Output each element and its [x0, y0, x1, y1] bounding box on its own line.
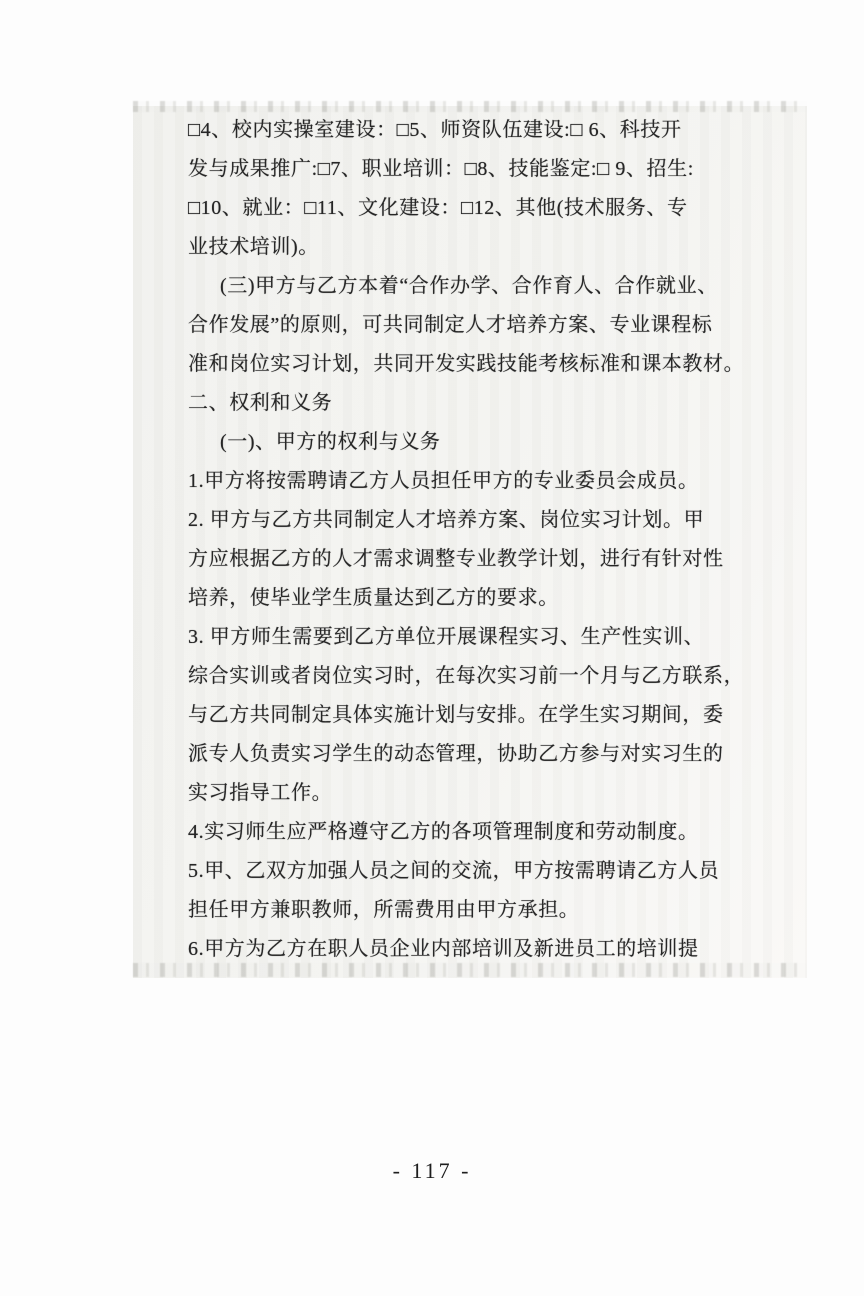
- text-line: 4.实习师生应严格遵守乙方的各项管理制度和劳动制度。: [188, 813, 768, 852]
- text-line: (三)甲方与乙方本着“合作办学、合作育人、合作就业、: [188, 267, 768, 306]
- contract-text-block: □4、校内实操室建设：□5、师资队伍建设:□ 6、科技开 发与成果推广:□7、职…: [188, 111, 768, 969]
- text-line: 方应根据乙方的人才需求调整专业教学计划，进行有针对性: [188, 540, 768, 579]
- text-line: 2. 甲方与乙方共同制定人才培养方案、岗位实习计划。甲: [188, 501, 768, 540]
- text-line: □10、就业：□11、文化建设：□12、其他(技术服务、专: [188, 189, 768, 228]
- text-line: 5.甲、乙双方加强人员之间的交流，甲方按需聘请乙方人员: [188, 852, 768, 891]
- text-line: 合作发展”的原则，可共同制定人才培养方案、专业课程标: [188, 306, 768, 345]
- text-line: 担任甲方兼职教师，所需费用由甲方承担。: [188, 891, 768, 930]
- text-line: 业技术培训)。: [188, 228, 768, 267]
- text-line: 6.甲方为乙方在职人员企业内部培训及新进员工的培训提: [188, 930, 768, 969]
- text-line: 1.甲方将按需聘请乙方人员担任甲方的专业委员会成员。: [188, 462, 768, 501]
- text-line: □4、校内实操室建设：□5、师资队伍建设:□ 6、科技开: [188, 111, 768, 150]
- text-line: 综合实训或者岗位实习时，在每次实习前一个月与乙方联系，: [188, 657, 768, 696]
- text-line: 派专人负责实习学生的动态管理，协助乙方参与对实习生的: [188, 735, 768, 774]
- text-line: 3. 甲方师生需要到乙方单位开展课程实习、生产性实训、: [188, 618, 768, 657]
- subsection-heading-line: (一)、甲方的权利与义务: [188, 423, 768, 462]
- text-line: 实习指导工作。: [188, 774, 768, 813]
- section-heading-line: 二、权利和义务: [188, 384, 768, 423]
- text-line: 与乙方共同制定具体实施计划与安排。在学生实习期间，委: [188, 696, 768, 735]
- page-number: - 117 -: [0, 1158, 864, 1184]
- text-line: 准和岗位实习计划，共同开发实践技能考核标准和课本教材。: [188, 345, 768, 384]
- text-line: 发与成果推广:□7、职业培训：□8、技能鉴定:□ 9、招生:: [188, 150, 768, 189]
- text-line: 培养，使毕业学生质量达到乙方的要求。: [188, 579, 768, 618]
